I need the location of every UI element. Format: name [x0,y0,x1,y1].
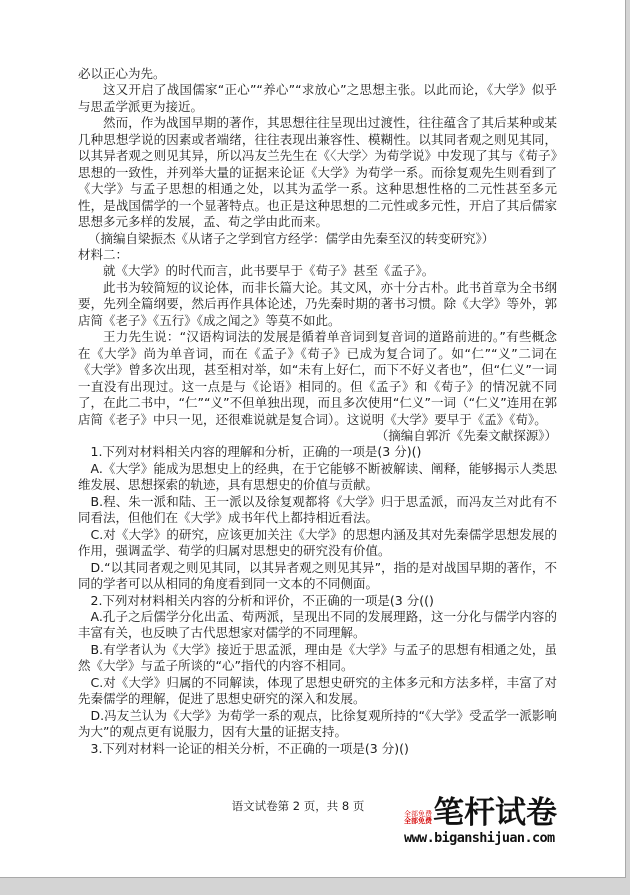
question-1: 1.下列对材料相关内容的理解和分析，正确的一项是(3 分)() [78,444,557,460]
question-2-option-b: B.有学者认为《大学》接近于思孟派，理由是《大学》与孟子的思想有相通之处，虽然《… [78,642,557,675]
question-2-option-d: D.冯友兰认为《大学》为荀学一系的观点，比徐复观所持的“《大学》受孟学一派影响为… [78,708,557,741]
exam-page: 必以正心为先。 这又开启了战国儒家“正心”“养心”“求放心”之思想主张。以此而论… [0,0,626,878]
exam-content: 必以正心为先。 这又开启了战国儒家“正心”“养心”“求放心”之思想主张。以此而论… [78,66,557,757]
material2-attribution: （摘编自郭沂《先秦文献探源》） [78,428,557,444]
watermark-free-badge-line2: 全部免费 [404,818,432,825]
material2-label: 材料二： [78,247,557,263]
material2-paragraph: 王力先生说：“汉语构词法的发展是循着单音词到复音词的道路前进的。”有些概念在《大… [78,329,557,428]
watermark-free-badge: 全部免费 全部免费 [404,811,432,825]
material1-paragraph-continuation: 必以正心为先。 [78,66,557,82]
question-2: 2.下列对材料相关内容的分析和评价，不正确的一项是(3 分(() [78,593,557,609]
material1-paragraph: 这又开启了战国儒家“正心”“养心”“求放心”之思想主张。以此而论，《大学》似乎与… [78,82,557,115]
question-3: 3.下列对材料一论证的相关分析，不正确的一项是(3 分)() [78,741,557,757]
material2-paragraph: 就《大学》的时代而言，此书要早于《荀子》甚至《孟子》。 [78,263,557,279]
question-2-option-c: C.对《大学》归属的不同解读，体现了思想史研究的主体多元和方法多样，丰富了对先秦… [78,675,557,708]
question-2-option-a: A.孔子之后儒学分化出孟、荀两派，呈现出不同的发展理路，这一分化与儒学内容的丰富… [78,609,557,642]
question-1-option-a: A.《大学》能成为思想史上的经典，在于它能够不断被解读、阐释，能够揭示人类思维发… [78,461,557,494]
question-1-option-c: C.对《大学》的研究，应该更加关注《大学》的思想内涵及其对先秦儒学思想发展的作用… [78,527,557,560]
question-1-option-b: B.程、朱一派和陆、王一派以及徐复观都将《大学》归于思孟派，而冯友兰对此有不同看… [78,494,557,527]
material1-attribution: （摘编自梁振杰《从诸子之学到官方经学：儒学由先秦至汉的转变研究》） [78,231,557,247]
watermark: 全部免费 全部免费 笔杆试卷 www.biganshijuan.com [404,797,604,846]
material1-paragraph: 然而，作为战国早期的著作，其思想往往呈现出过渡性，往往蕴含了其后某种或某几种思想… [78,115,557,230]
watermark-brand-logo: 笔杆试卷 [433,797,557,830]
question-1-option-d: D.“以其同者观之则见其同，以其异者观之则见其异”，指的是对战国早期的著作，不同… [78,560,557,593]
watermark-url: www.biganshijuan.com [404,830,604,846]
material2-paragraph: 此书为较简短的议论体，而非长篇大论。其文风，亦十分古朴。此书首章为全书纲要，先列… [78,280,557,329]
